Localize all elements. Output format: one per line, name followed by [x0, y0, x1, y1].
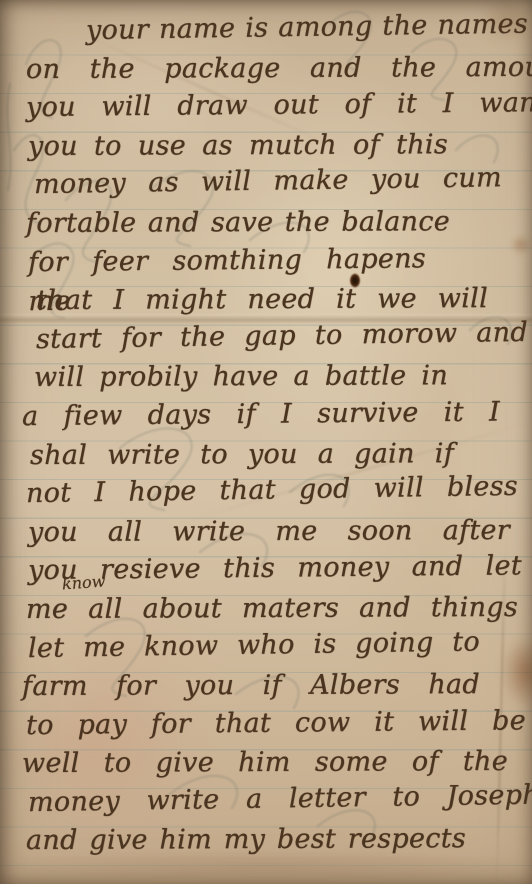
letter-page: your name is among the names on the pack… — [0, 0, 532, 884]
handwriting-line: for feer somthing hapens me — [28, 240, 426, 282]
handwriting-block: your name is among the names on the pack… — [0, 12, 532, 861]
interline-insertion: know — [61, 572, 106, 594]
handwriting-line: start for the gap to morow and — [36, 314, 529, 360]
handwriting-line: money write a letter to Joseph — [28, 776, 532, 822]
handwriting-line: and give him my best respects — [26, 821, 466, 862]
handwriting-line: not I hope that god will bless — [26, 468, 519, 514]
handwriting-line: your name is among the names — [86, 6, 529, 51]
handwriting-line: you will draw out of it I want — [26, 84, 532, 128]
handwriting-line: let me know who is going to — [28, 623, 481, 668]
handwriting-line: you all write me soon after — [28, 512, 510, 553]
handwriting-line: money as will make you cum — [34, 160, 503, 206]
handwriting-line: to pay for that cow it will be — [26, 702, 526, 745]
handwriting-line: fortable and save the balance — [26, 203, 450, 243]
handwriting-line: on the package and the amount — [26, 48, 532, 89]
handwriting-line: farm for you if Albers had — [22, 666, 480, 707]
handwriting-line: a fiew days if I survive it I — [22, 393, 500, 436]
handwriting-line: will probily have a battle in — [34, 358, 448, 398]
